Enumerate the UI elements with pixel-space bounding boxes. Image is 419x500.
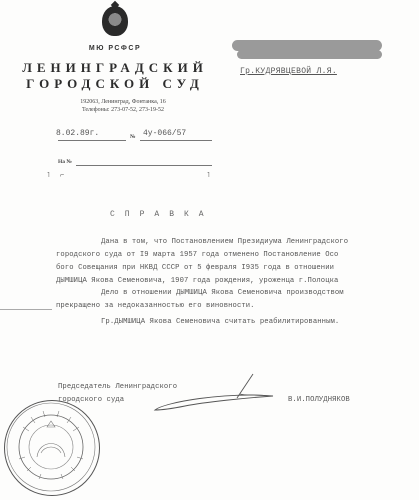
redacted-address-2 <box>237 50 382 59</box>
body-line-3: бого Совещания при НКВД СССР от 5 феврал… <box>56 264 334 272</box>
signer-name: В.И.ПОЛУДНЯКОВ <box>288 396 350 404</box>
corner-bracket-right: ˥ <box>207 172 210 179</box>
body-line-4: ДЫМШИЦА Якова Семеновича, 1907 года рожд… <box>56 277 338 285</box>
document-number: 4у-066/57 <box>143 129 186 138</box>
court-phones: Телефоны: 273-07-52, 273-19-52 <box>8 107 238 113</box>
official-seal-icon <box>4 400 100 496</box>
number-label: № <box>130 134 136 140</box>
body-line-6: прекращено за недоказанностью его виновн… <box>56 302 255 310</box>
body-line-1: Дана в том, что Постановлением Президиум… <box>101 238 348 246</box>
court-name-line1: ЛЕНИНГРАДСКИЙ <box>0 60 230 76</box>
body-line-2: городского суда от I9 марта 1957 года от… <box>56 251 338 259</box>
court-name-line2: ГОРОДСКОЙ СУД <box>0 76 230 92</box>
document-title: СПРАВКА <box>110 210 214 219</box>
corner-bracket-left2: ⌐ <box>60 172 64 179</box>
on-number-label: На № <box>58 159 72 165</box>
handwritten-signature-icon <box>145 372 285 414</box>
number-underline <box>140 140 212 141</box>
body-line-5: Дело в отношении ДЫМШИЦА Якова Семенович… <box>101 289 344 297</box>
seal-ring-text-icon <box>3 399 99 495</box>
on-number-underline <box>76 165 212 166</box>
court-address: 192063, Ленинград, Фонтанка, 16 <box>8 99 238 105</box>
body-line-7: Гр.ДЫМШИЦА Якова Семеновича считать реаб… <box>101 318 339 326</box>
document-date: 8.02.89г. <box>56 129 99 138</box>
corner-bracket-left: ˥ <box>47 172 50 179</box>
rsfsr-emblem-icon <box>102 6 128 36</box>
ministry-label: МЮ РСФСР <box>0 45 230 52</box>
margin-mark <box>0 309 52 310</box>
recipient-name: Гр.КУДРЯВЦЕВОЙ Л.Я. <box>240 67 337 76</box>
date-underline <box>58 140 126 141</box>
